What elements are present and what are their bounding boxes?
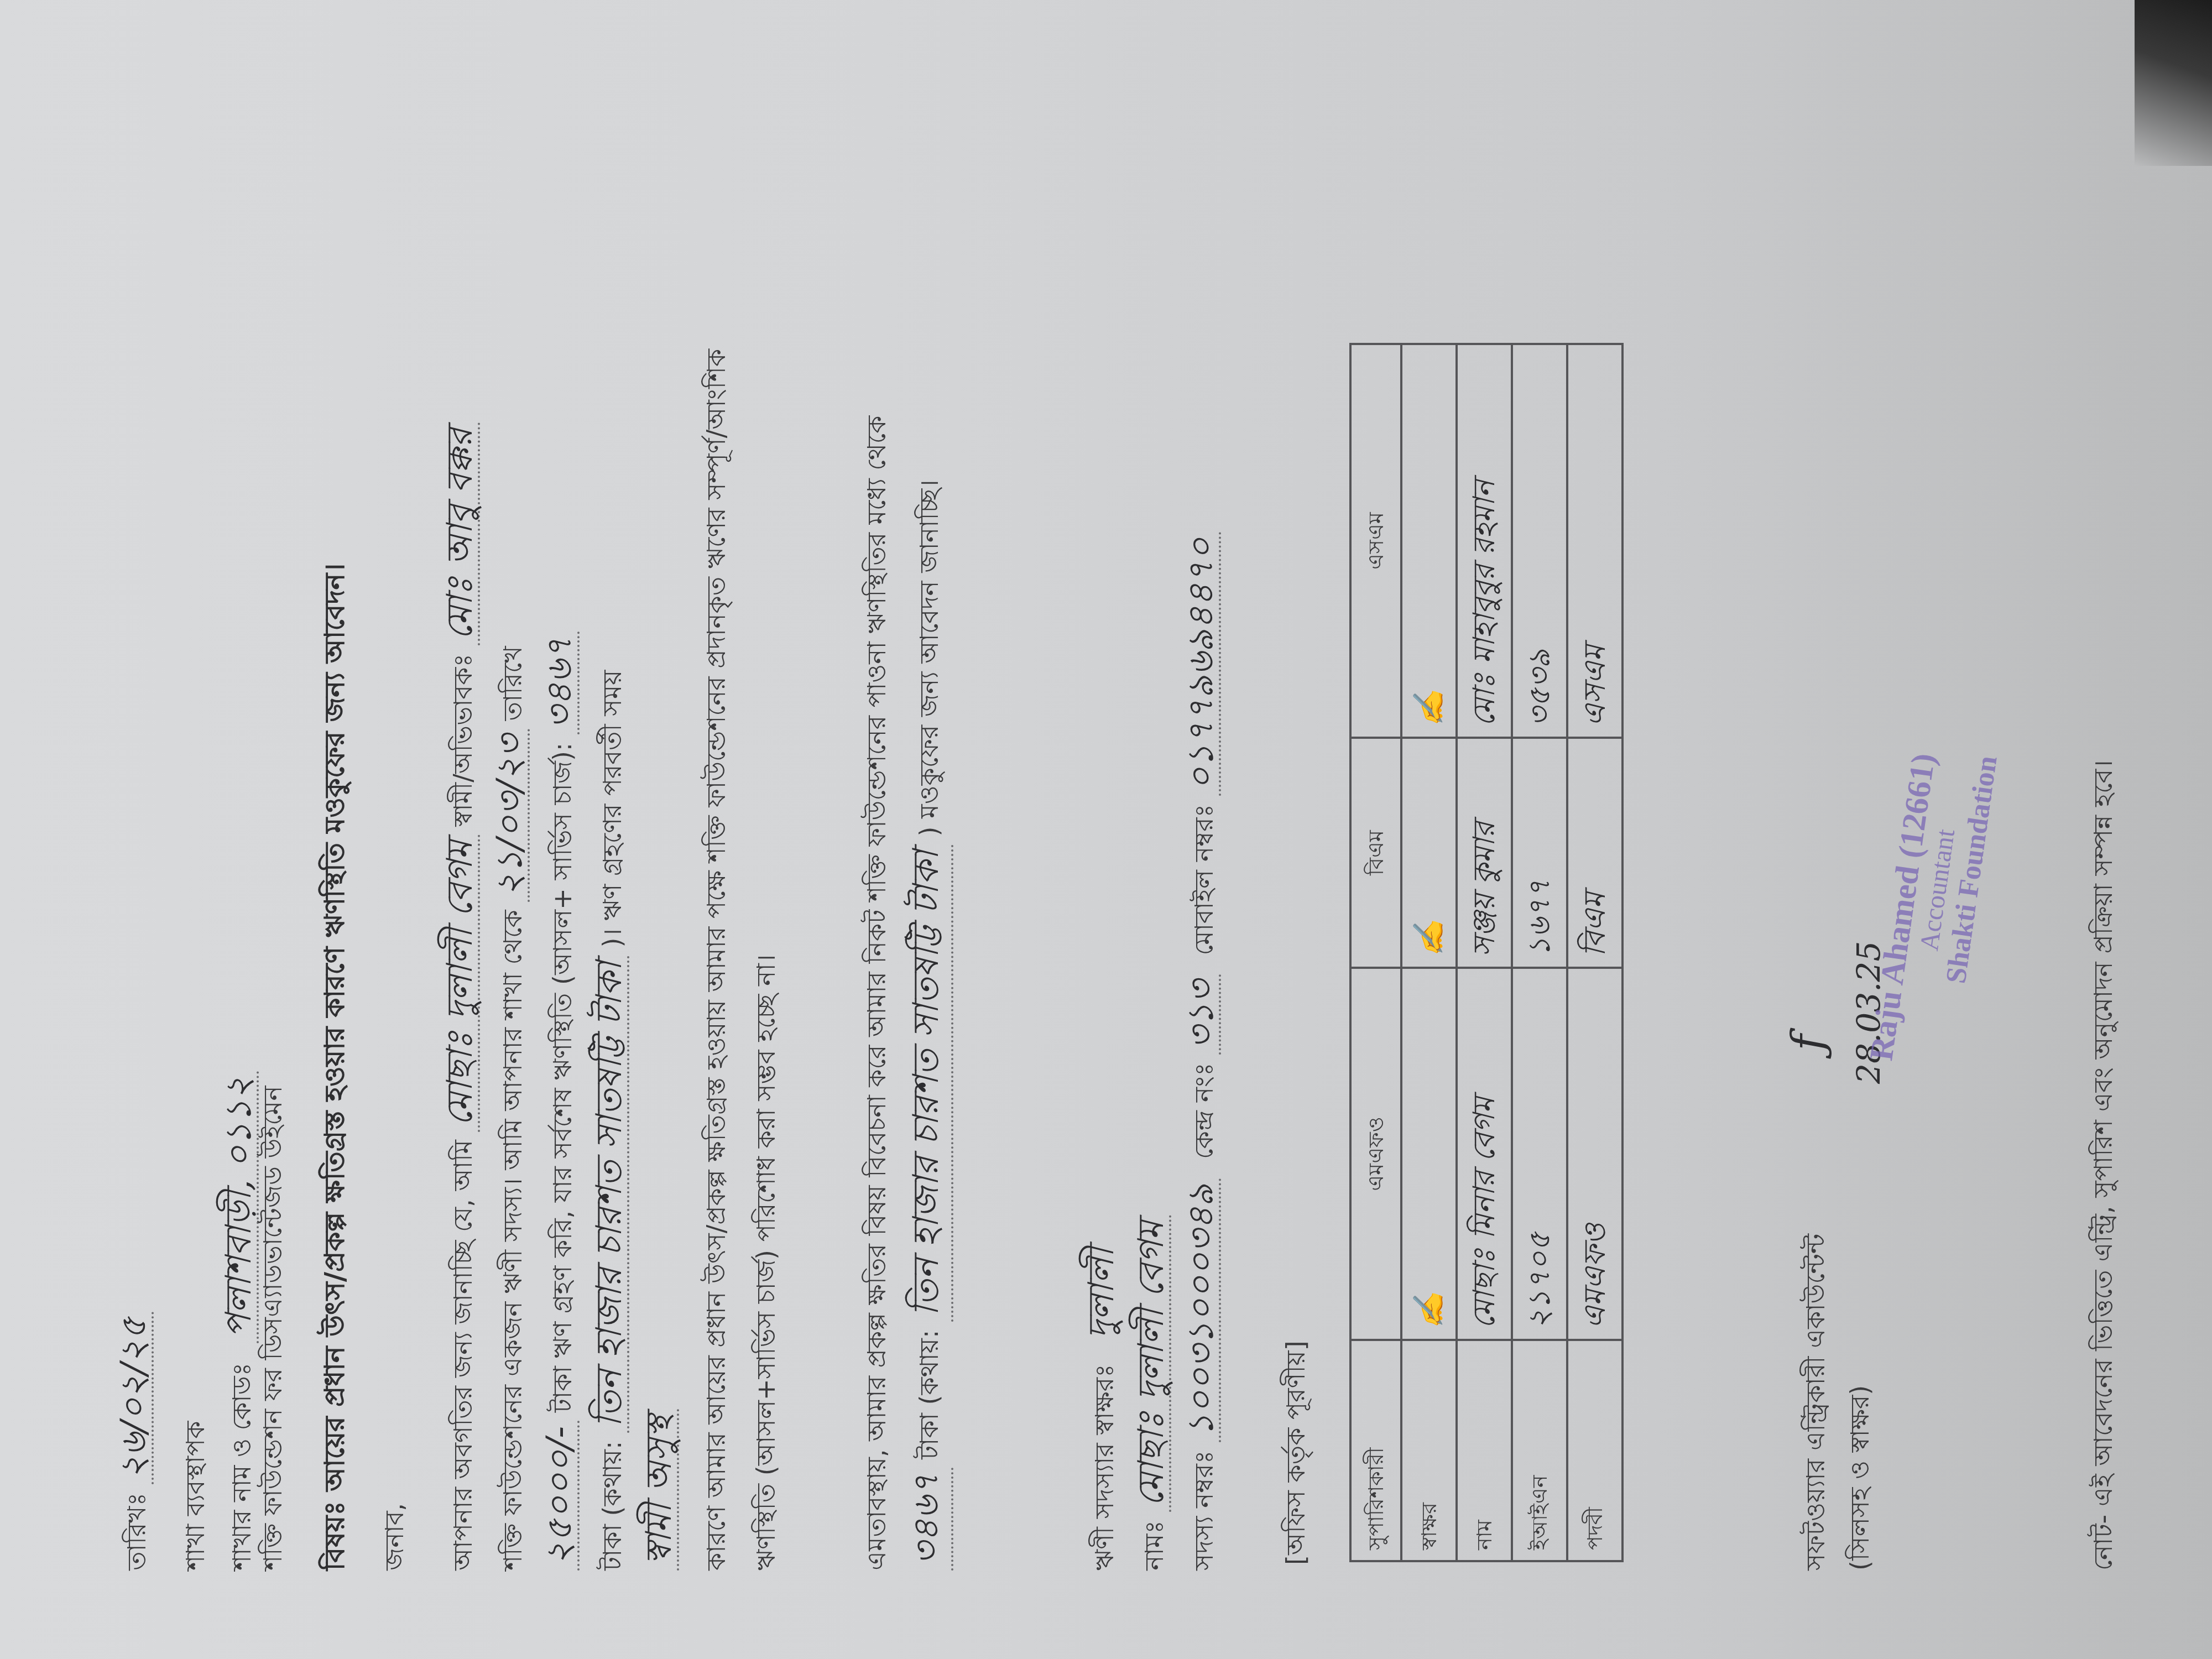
table-header: সুপারিশকারী (1350, 1340, 1401, 1561)
date-line: তারিখঃ ২৬/০২/২৫ (116, 1312, 154, 1571)
para2: এমতাবস্থায়, আমার প্রকল্প ক্ষতির বিষয় ব… (852, 326, 954, 1571)
para1-text: টাকা ঋণ গ্রহণ করি, যার সর্বশেষ ঋণস্থিতি … (547, 743, 577, 1413)
recipient-title: শাখা ব্যবস্থাপক (182, 1421, 208, 1571)
subject-text: আয়ের প্রধান উৎস/প্রকল্প ক্ষতিগ্রস্ত হওয… (319, 564, 351, 1491)
application-form-page: তারিখঃ ২৬/০২/২৫ শাখা ব্যবস্থাপক শাখার না… (0, 0, 2212, 1659)
accountant-label: সফটওয়্যার এন্ট্রিকারী একাউন্টেন্ট (1803, 1234, 1828, 1571)
table-cell: ২১৭০৫ (1512, 968, 1567, 1340)
bm-signature: ✍ (1401, 738, 1457, 968)
guardian-label: স্বামী/অভিভাবকঃ (448, 654, 478, 827)
para1-text: )। ঋণ গ্রহণের পরবর্তী সময় (597, 670, 627, 948)
branch-value: পলাশবাড়ী, ০১১২ (221, 1071, 259, 1344)
subject-label: বিষয়ঃ (319, 1501, 351, 1571)
table-cell: এমএফও (1567, 968, 1623, 1340)
balance-words-value: তিন হাজার চারশত সাতষট্টি টাকা (592, 956, 629, 1433)
center-no-label: কেন্দ্র নংঃ (1189, 1063, 1219, 1159)
footer-note: নোট- এই আবেদনের ভিত্তিতে এন্ট্রি, সুপারি… (2090, 760, 2116, 1571)
subject-line: বিষয়ঃ আয়ের প্রধান উৎস/প্রকল্প ক্ষতিগ্র… (321, 564, 348, 1571)
borrower-name-line: নামঃ মোছাঃ দুলালী বেগম (1134, 1215, 1171, 1571)
borrower-signature-line: ঋণী সদস্যার স্বাক্ষরঃ দুলালী (1084, 1248, 1119, 1571)
accountant-signature: ƒ (1786, 1034, 1830, 1051)
row-label: ইআইএন (1512, 1340, 1567, 1561)
table-cell: ৩৫৩৯ (1512, 344, 1567, 738)
table-cell: এসএম (1567, 344, 1623, 738)
organization-name: শক্তি ফাউন্ডেশন ফর ডিসএ্যাডভান্টেজড উইমে… (260, 1086, 285, 1571)
row-label: স্বাক্ষর (1401, 1340, 1457, 1561)
borrower-name-label: নামঃ (1139, 1520, 1169, 1571)
table-header: এমএফও (1350, 968, 1401, 1340)
mobile-label: মোবাইল নম্বরঃ (1189, 804, 1219, 956)
borrower-name-value: মোছাঃ দুলালী বেগম (1134, 1215, 1171, 1512)
guardian-name-value: মোঃ আবু বক্কর (442, 422, 480, 645)
sm-signature: ✍ (1401, 344, 1457, 738)
para1-line4: টাকা (কথায়: তিন হাজার চারশত সাতষট্টি টা… (592, 670, 629, 1571)
salutation: জনাব, (382, 1503, 407, 1571)
para2-text: টাকা (কথায়: (914, 1330, 944, 1459)
table-cell: সঞ্জয় কুমার (1457, 738, 1512, 968)
recommendation-table: সুপারিশকারী এমএফও বিএম এসএম স্বাক্ষর ✍ ✍… (1349, 343, 1624, 1562)
para1-text: তারিখে (498, 646, 528, 721)
waiver-amount-value: ৩৪৬৭ (901, 1468, 953, 1571)
borrower-ids-line: সদস্য নম্বরঃ ১০০৩১০০০৩৪৯ কেন্দ্র নংঃ ৩১৩… (1183, 532, 1221, 1571)
mobile-value: ০১৭৭৯৬৯৪৪৭০ (1183, 532, 1221, 796)
branch-label: শাখার নাম ও কোডঃ (227, 1363, 257, 1571)
para1-line2: শক্তি ফাউন্ডেশনের একজন ঋণী সদস্য। আমি আপ… (492, 646, 530, 1571)
waiver-words-value: তিন হাজার চারশত সাতষট্টি টাকা (901, 844, 953, 1322)
row-label: পদবী (1567, 1340, 1623, 1561)
table-header: বিএম (1350, 738, 1401, 968)
row-label: নাম (1457, 1340, 1512, 1561)
balance-value: ৩৪৬৭ (542, 632, 580, 734)
accountant-sublabel: (সিলসহ ও স্বাক্ষর) (1847, 1385, 1872, 1571)
member-name-value: মোছাঃ দুলালী বেগম (442, 834, 480, 1131)
table-header-row: সুপারিশকারী এমএফও বিএম এসএম (1350, 344, 1401, 1561)
member-no-label: সদস্য নম্বরঃ (1189, 1451, 1219, 1571)
para1-line5: স্বামী অসুস্থ (641, 1409, 679, 1571)
branch-line: শাখার নাম ও কোডঃ পলাশবাড়ী, ০১১২ (221, 1071, 259, 1571)
table-cell: বিএম (1567, 738, 1623, 968)
table-cell: মোছাঃ মিনার বেগম (1457, 968, 1512, 1340)
para1-text: আপনার অবগতির জন্য জানাচ্ছি যে, আমি (448, 1140, 478, 1571)
para1-text: টাকা (কথায়: (597, 1441, 627, 1571)
borrower-signature-label: ঋণী সদস্যার স্বাক্ষরঃ (1089, 1364, 1119, 1571)
borrower-signature: দুলালী (1081, 1248, 1122, 1339)
date-value: ২৬/০২/২৫ (116, 1312, 154, 1485)
loan-amount-value: ২৫০০০/- (542, 1421, 580, 1571)
date-label: তারিখঃ (122, 1493, 152, 1571)
table-row: পদবী এমএফও বিএম এসএম (1567, 344, 1623, 1561)
table-row: স্বাক্ষর ✍ ✍ ✍ (1401, 344, 1457, 1561)
member-no-value: ১০০৩১০০০৩৪৯ (1183, 1178, 1221, 1442)
center-no-value: ৩১৩ (1183, 974, 1221, 1055)
para1-line1: আপনার অবগতির জন্য জানাচ্ছি যে, আমি মোছাঃ… (442, 422, 480, 1571)
para2-text: ) মওকুফের জন্য আবেদন জানাচ্ছি। (914, 479, 944, 836)
para2-text: এমতাবস্থায়, আমার প্রকল্প ক্ষতির বিষয় ব… (862, 416, 891, 1571)
para1-text: কারণে আমার আয়ের প্রধান উৎস/প্রকল্প ক্ষত… (691, 326, 791, 1571)
table-row: ইআইএন ২১৭০৫ ১৬৭৭ ৩৫৩৯ (1512, 344, 1567, 1561)
cause-value: স্বামী অসুস্থ (641, 1409, 679, 1571)
para1-line3: ২৫০০০/- টাকা ঋণ গ্রহণ করি, যার সর্বশেষ ঋ… (542, 632, 580, 1571)
mfo-signature: ✍ (1401, 968, 1457, 1340)
loan-date-value: ২১/০৩/২৩ (492, 729, 530, 902)
table-header: এসএম (1350, 344, 1401, 738)
table-cell: মোঃ মাহাবুবুর রহমান (1457, 344, 1512, 738)
office-use-caption: [অফিস কর্তৃক পূরণীয়] (1283, 1340, 1308, 1565)
table-row: নাম মোছাঃ মিনার বেগম সঞ্জয় কুমার মোঃ মা… (1457, 344, 1512, 1561)
para1-text: শক্তি ফাউন্ডেশনের একজন ঋণী সদস্য। আমি আপ… (498, 910, 528, 1571)
table-cell: ১৬৭৭ (1512, 738, 1567, 968)
